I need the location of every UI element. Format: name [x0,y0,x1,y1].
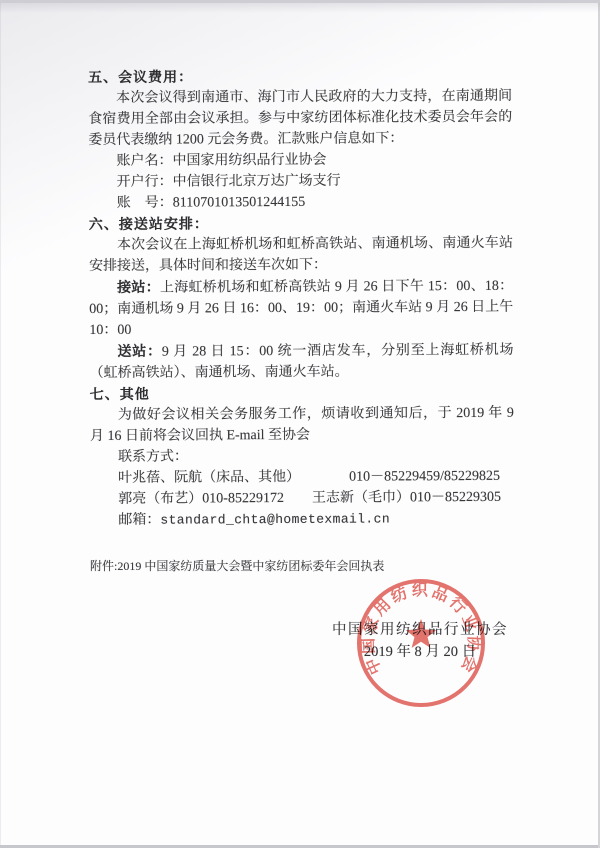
text-run: 开户行：中信银行北京万达广场支行 [117,174,341,190]
section-5-intro: 本次会议得到南通市、海门市人民政府的大力支持，在南通期间食宿费用全部由会议承担。… [88,86,512,151]
text-run: 郭亮（布艺）010-85229172 王志新（毛巾）010－85229305 [118,490,501,507]
official-seal-stamp: 中国家用纺织品行业协会 [351,573,491,713]
text-run: 账户名：中国家用纺织品行业协会 [116,153,326,169]
contact-line-2: 郭亮（布艺）010-85229172 王志新（毛巾）010－85229305 [90,487,514,510]
attachment-note: 附件:2019 中国家纺质量大会暨中家纺团标委年会回执表 [90,559,384,574]
email-line: 邮箱：standard_chta@hometexmail.cn [90,508,514,531]
text-run: 五、会议费用： [88,68,193,85]
text-run: 七、其他 [90,386,150,402]
bank-line: 开户行：中信银行北京万达广场支行 [89,170,513,193]
contact-line-1: 叶兆蓓、阮航（床品、其他） 010－85229459/85229825 [90,466,514,489]
scanned-page: 五、会议费用：本次会议得到南通市、海门市人民政府的大力支持，在南通期间食宿费用全… [0,0,600,848]
text-run: 六、接送站安排： [89,215,209,232]
account-number-line: 账 号：8110701013501244155 [89,191,513,214]
text-run: 叶兆蓓、阮航（床品、其他） 010－85229459/85229825 [118,469,500,486]
email-address: standard_chta@hometexmail.cn [160,511,390,527]
seal-ring [359,581,483,705]
text-run: 为做好会议相关会务服务工作，烦请收到通知后，于 2019 年 9 月 16 日前… [90,406,514,444]
text-run: 账 号：8110701013501244155 [117,195,306,211]
account-name-line: 账户名：中国家用纺织品行业协会 [88,149,512,172]
section-6-intro: 本次会议在上海虹桥机场和虹桥高铁站、南通机场、南通火车站安排接送，具体时间和接送… [89,233,513,277]
text-run: 接站： [117,279,160,295]
text-run: 送站： [117,343,161,359]
section-7-intro: 为做好会议相关会务服务工作，烦请收到通知后，于 2019 年 9 月 16 日前… [90,403,514,447]
pickup-line: 接站：上海虹桥机场和虹桥高铁站 9 月 26 日下午 15：00、18：00；南… [89,275,513,341]
text-run: 联系方式： [118,449,188,464]
section-6-heading: 六、接送站安排： [89,212,513,235]
section-5-heading: 五、会议费用： [88,65,512,88]
section-7-heading: 七、其他 [90,382,514,405]
text-run: 本次会议得到南通市、海门市人民政府的大力支持，在南通期间食宿费用全部由会议承担。… [88,89,512,148]
text-run: 本次会议在上海虹桥机场和虹桥高铁站、南通机场、南通火车站安排接送，具体时间和接送… [89,236,513,274]
document-body: 五、会议费用：本次会议得到南通市、海门市人民政府的大力支持，在南通期间食宿费用全… [88,65,514,531]
text-run: 邮箱： [118,513,160,528]
dropoff-line: 送站：9 月 28 日 15：00 统一酒店发车，分别至上海虹桥机场（虹桥高铁站… [89,339,513,384]
contact-label: 联系方式： [90,445,514,468]
star-icon [406,619,436,648]
